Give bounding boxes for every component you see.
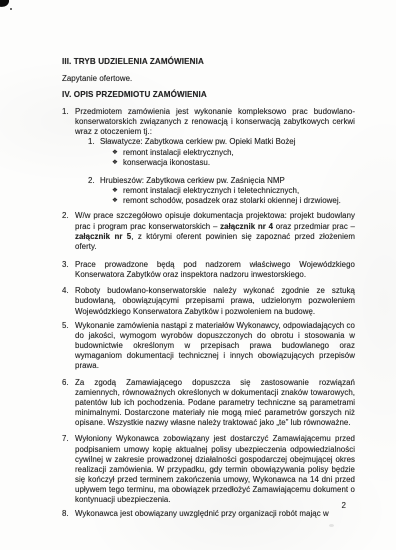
diamond-bullet-icon: ❖ bbox=[112, 158, 123, 168]
item-8-text: Wykonawca jest obowiązany uwzględnić prz… bbox=[75, 509, 355, 519]
list-item-number: 8. bbox=[62, 509, 75, 519]
list-item-number: 4. bbox=[62, 286, 75, 296]
list-item-number: 7. bbox=[62, 434, 75, 444]
bullet-item: ❖ remont instalacji elektrycznych i tele… bbox=[112, 186, 355, 196]
list-item-number: 1. bbox=[62, 107, 75, 117]
item-6-text: Za zgodą Zamawiającego dopuszcza się zas… bbox=[75, 378, 355, 429]
scan-corner-artifact bbox=[0, 0, 10, 8]
sublist-item-title: Sławatycze: Zabytkowa cerkiew pw. Opieki… bbox=[100, 137, 355, 147]
zapytanie-ofertowe-text: Zapytanie ofertowe. bbox=[62, 74, 355, 84]
list-item-number: 5. bbox=[62, 321, 75, 331]
diamond-bullet-icon: ❖ bbox=[112, 186, 123, 196]
document-page: III. TRYB UDZIELENIA ZAMÓWIENIA Zapytani… bbox=[0, 0, 396, 550]
bullet-item: ❖ remont instalacji elektrycznych, bbox=[112, 148, 355, 158]
section-heading-tryb: III. TRYB UDZIELENIA ZAMÓWIENIA bbox=[62, 57, 355, 67]
bullet-text: remont instalacji elektrycznych, bbox=[123, 148, 234, 158]
scan-smudge-artifact bbox=[329, 524, 334, 527]
item-2-text: W/w prace szczegółowo opisuje dokumentac… bbox=[75, 211, 355, 252]
item-7-text: Wyłoniony Wykonawca zobowiązany jest dos… bbox=[75, 434, 355, 505]
item-5-text: Wykonanie zamówienia nastąpi z materiałó… bbox=[75, 321, 355, 372]
bullet-text: remont schodów, posadzek oraz stolarki o… bbox=[123, 196, 341, 206]
list-item-4: 4. Roboty budowlano-konserwatorskie nale… bbox=[62, 286, 355, 316]
page-content: III. TRYB UDZIELENIA ZAMÓWIENIA Zapytani… bbox=[62, 57, 355, 520]
bullet-text: konserwacja ikonostasu. bbox=[123, 158, 210, 168]
church-sublist: 1. Sławatycze: Zabytkowa cerkiew pw. Opi… bbox=[88, 137, 355, 206]
list-item-5: 5. Wykonanie zamówienia nastąpi z materi… bbox=[62, 321, 355, 372]
item-1-text: Przedmiotem zamówienia jest wykonanie ko… bbox=[75, 107, 355, 137]
list-item-number: 2. bbox=[62, 211, 75, 221]
zalacznik-5-reference: załącznik nr 5 bbox=[75, 232, 131, 241]
sublist-item-slawatycze: 1. Sławatycze: Zabytkowa cerkiew pw. Opi… bbox=[88, 137, 355, 167]
list-item-8: 8. Wykonawca jest obowiązany uwzględnić … bbox=[62, 509, 355, 519]
diamond-bullet-icon: ❖ bbox=[112, 196, 123, 206]
bullet-item: ❖ remont schodów, posadzek oraz stolarki… bbox=[112, 196, 355, 206]
list-item-6: 6. Za zgodą Zamawiającego dopuszcza się … bbox=[62, 378, 355, 429]
zalacznik-4-reference: załącznik nr 4 bbox=[220, 222, 273, 231]
sublist-item-hrubieszow: 2. Hrubieszów: Zabytkowa cerkiew pw. Zaś… bbox=[88, 176, 355, 206]
list-item-3: 3. Prace prowadzone będą pod nadzorem wł… bbox=[62, 260, 355, 280]
bullet-item: ❖ konserwacja ikonostasu. bbox=[112, 158, 355, 168]
page-number: 2 bbox=[342, 501, 346, 510]
list-item-number: 3. bbox=[62, 260, 75, 270]
item-2-part: oraz przedmiar prac – bbox=[273, 222, 355, 231]
list-item-7: 7. Wyłoniony Wykonawca zobowiązany jest … bbox=[62, 434, 355, 505]
list-item-number: 6. bbox=[62, 378, 75, 388]
list-item-2: 2. W/w prace szczegółowo opisuje dokumen… bbox=[62, 211, 355, 252]
section-heading-opis: IV. OPIS PRZEDMIOTU ZAMÓWIENIA bbox=[62, 90, 355, 100]
scan-dot-artifact bbox=[10, 8, 12, 10]
list-item-1: 1. Przedmiotem zamówienia jest wykonanie… bbox=[62, 107, 355, 211]
sublist-item-title: Hrubieszów: Zabytkowa cerkiew pw. Zaśnię… bbox=[100, 176, 355, 186]
item-3-text: Prace prowadzone będą pod nadzorem właśc… bbox=[75, 260, 355, 280]
bullet-text: remont instalacji elektrycznych i telete… bbox=[123, 186, 299, 196]
item-4-text: Roboty budowlano-konserwatorskie należy … bbox=[75, 286, 355, 316]
sublist-item-number: 2. bbox=[88, 176, 100, 186]
sublist-item-number: 1. bbox=[88, 137, 100, 147]
diamond-bullet-icon: ❖ bbox=[112, 148, 123, 158]
